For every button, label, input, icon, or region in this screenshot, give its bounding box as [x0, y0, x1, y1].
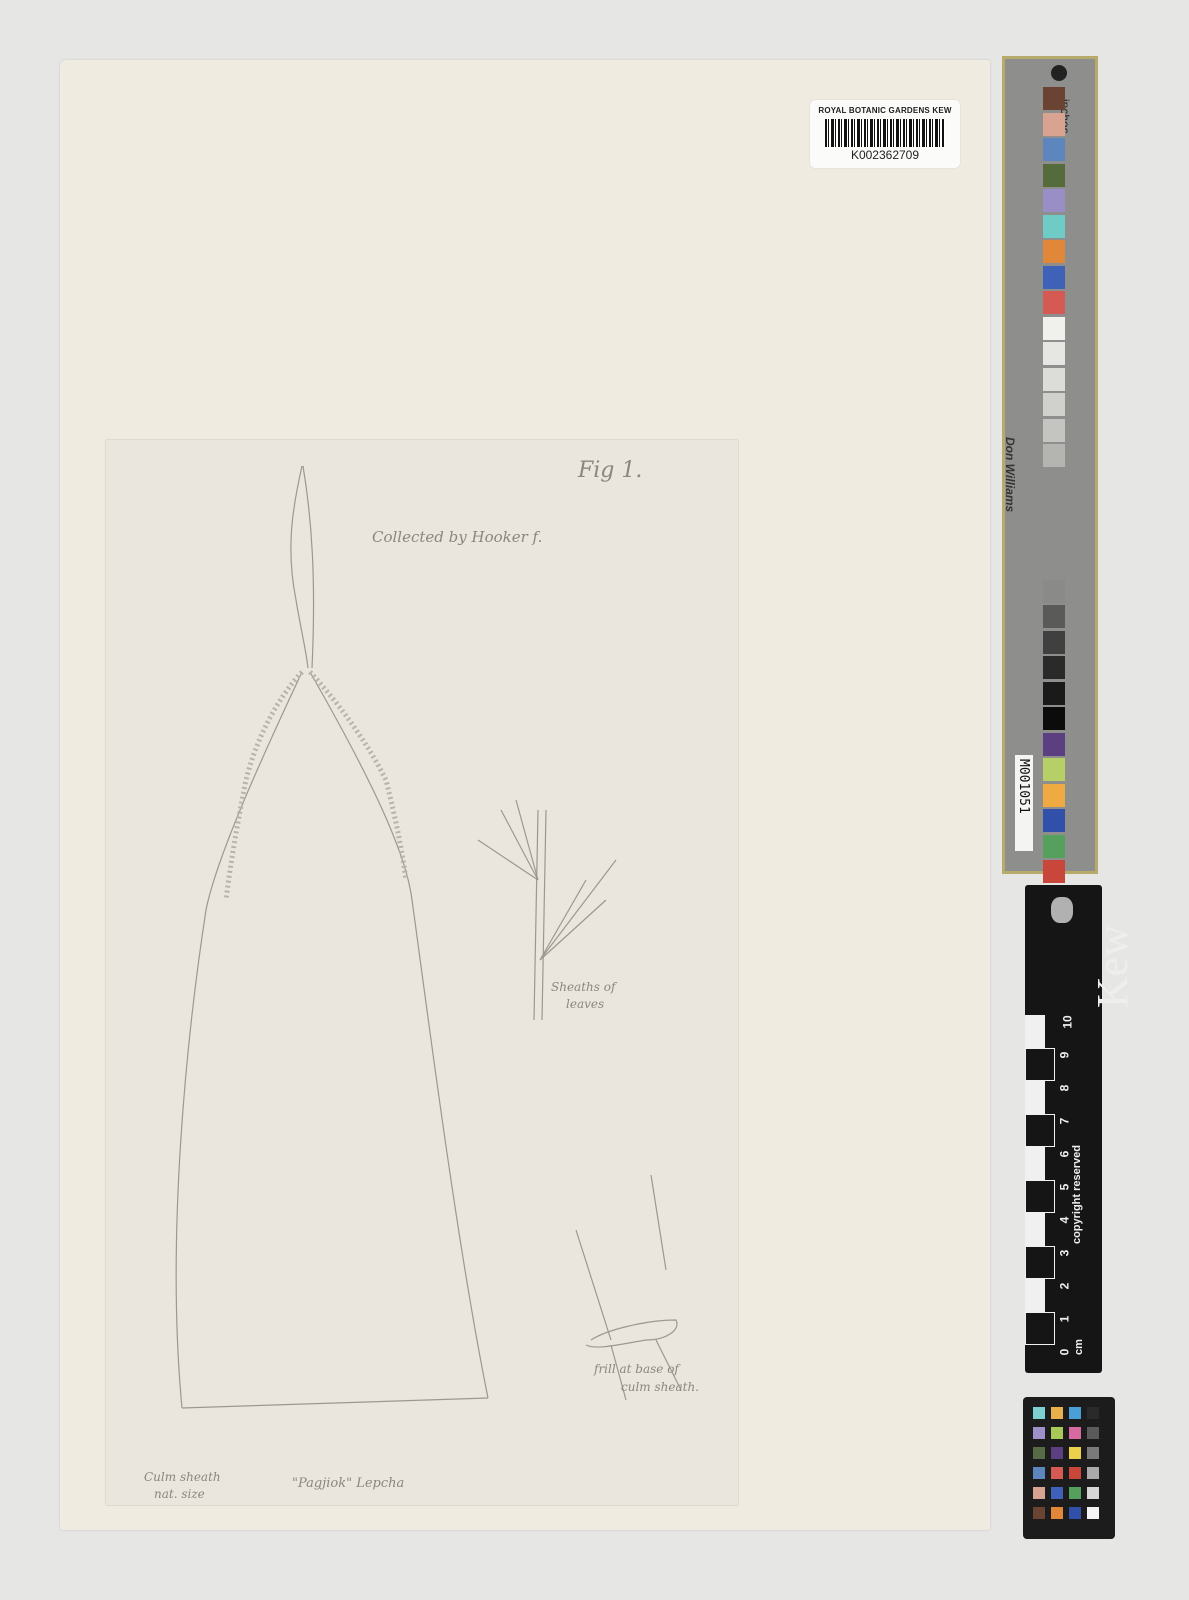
color-swatch [1043, 291, 1065, 314]
checker-chip [1033, 1407, 1045, 1419]
color-swatch [1043, 605, 1065, 628]
color-swatch [1043, 444, 1065, 467]
checker-chip [1033, 1467, 1045, 1479]
scale-tick-label: 10 [1061, 1015, 1075, 1028]
color-swatch [1043, 164, 1065, 187]
color-swatch [1043, 317, 1065, 340]
sheaths-note-line2: leaves [566, 997, 604, 1011]
vernacular-name: "Pagjiok" Lepcha [292, 1476, 404, 1491]
color-swatch [1043, 342, 1065, 365]
checker-chip [1087, 1467, 1099, 1479]
frill-note-line1: frill at base of [594, 1362, 679, 1376]
color-swatch [1043, 707, 1065, 730]
color-swatch [1043, 758, 1065, 781]
scale-segment [1025, 1048, 1055, 1081]
scale-tick-label: 0 [1057, 1349, 1071, 1356]
color-calibration-ruler: inches Don Williams M001051 [1002, 56, 1098, 874]
scale-segment [1025, 1246, 1055, 1279]
pencil-drawing: Fig 1. Collected by Hooker f. Sheaths of… [106, 440, 738, 1505]
scale-segment [1025, 1147, 1045, 1180]
scale-segment [1025, 1180, 1055, 1213]
checker-chip [1069, 1487, 1081, 1499]
scale-tick-label: 5 [1057, 1184, 1071, 1191]
checker-chip [1087, 1407, 1099, 1419]
kew-cm-scale: Kew copyright reserved cm 012345678910 [1025, 885, 1102, 1373]
color-swatch [1043, 682, 1065, 705]
barcode-icon [825, 119, 945, 147]
collector-note: Collected by Hooker f. [372, 528, 542, 546]
color-swatch [1043, 860, 1065, 883]
scale-tick-label: 3 [1057, 1250, 1071, 1257]
culm-sheath-note-line2: nat. size [154, 1487, 205, 1501]
scale-tick-label: 9 [1057, 1052, 1071, 1059]
checker-chip [1069, 1427, 1081, 1439]
sheaths-note-line1: Sheaths of [551, 980, 615, 994]
scale-tick-label: 7 [1057, 1118, 1071, 1125]
color-swatch [1043, 733, 1065, 756]
checker-chip [1033, 1507, 1045, 1519]
checker-chip [1051, 1447, 1063, 1459]
color-swatch [1043, 368, 1065, 391]
checker-chip [1033, 1487, 1045, 1499]
color-swatch [1043, 87, 1065, 110]
unit-cm: cm [1073, 1339, 1085, 1355]
checker-chip [1051, 1507, 1063, 1519]
color-swatch [1043, 809, 1065, 832]
checker-chip [1051, 1467, 1063, 1479]
color-swatch [1043, 138, 1065, 161]
culm-sheath-note-line1: Culm sheath [144, 1470, 221, 1484]
checker-chip [1069, 1507, 1081, 1519]
color-swatch [1043, 419, 1065, 442]
checker-chip [1033, 1447, 1045, 1459]
culm-sheath-illustration [106, 440, 738, 1505]
side-id-label: M001051 [1015, 755, 1033, 851]
checker-chip [1051, 1427, 1063, 1439]
scale-tick-label: 2 [1057, 1283, 1071, 1290]
color-swatch [1043, 580, 1065, 603]
scale-segment [1025, 1312, 1055, 1345]
checker-chip [1087, 1427, 1099, 1439]
copyright-notice: copyright reserved [1071, 1145, 1083, 1244]
color-swatch [1043, 113, 1065, 136]
figure-label: Fig 1. [578, 458, 642, 483]
color-swatch [1043, 189, 1065, 212]
checker-chip [1087, 1507, 1099, 1519]
scale-tick-label: 6 [1057, 1151, 1071, 1158]
scale-tick-label: 1 [1057, 1316, 1071, 1323]
royal-crest-icon [1051, 897, 1073, 923]
scale-tick-label: 4 [1057, 1217, 1071, 1224]
checker-chip [1033, 1427, 1045, 1439]
checker-chip [1087, 1447, 1099, 1459]
color-swatch [1043, 784, 1065, 807]
hole-icon [1051, 65, 1067, 81]
color-swatch [1043, 656, 1065, 679]
scale-segment [1025, 1114, 1055, 1147]
scale-segment [1025, 1279, 1045, 1312]
color-swatch [1043, 631, 1065, 654]
scale-segment [1025, 1081, 1045, 1114]
frill-note-line2: culm sheath. [621, 1380, 699, 1394]
scale-bars [1025, 1015, 1055, 1345]
kew-logo: Kew [1087, 925, 1138, 1008]
scale-segment [1025, 1213, 1045, 1246]
brand-don-williams: Don Williams [1003, 437, 1017, 512]
checker-chip [1069, 1467, 1081, 1479]
color-checker-card [1023, 1397, 1115, 1539]
checker-chip [1051, 1407, 1063, 1419]
barcode-number: K002362709 [810, 148, 960, 162]
color-swatch [1043, 393, 1065, 416]
checker-chip [1069, 1407, 1081, 1419]
scale-segment [1025, 1015, 1045, 1048]
scale-tick-label: 8 [1057, 1085, 1071, 1092]
color-swatch [1043, 266, 1065, 289]
checker-chip [1069, 1447, 1081, 1459]
barcode-label: ROYAL BOTANIC GARDENS KEW K002362709 [810, 100, 960, 168]
institution-name: ROYAL BOTANIC GARDENS KEW [810, 106, 960, 115]
color-swatch [1043, 240, 1065, 263]
color-swatch [1043, 835, 1065, 858]
checker-chip [1087, 1487, 1099, 1499]
checker-chip [1051, 1487, 1063, 1499]
color-swatch [1043, 215, 1065, 238]
